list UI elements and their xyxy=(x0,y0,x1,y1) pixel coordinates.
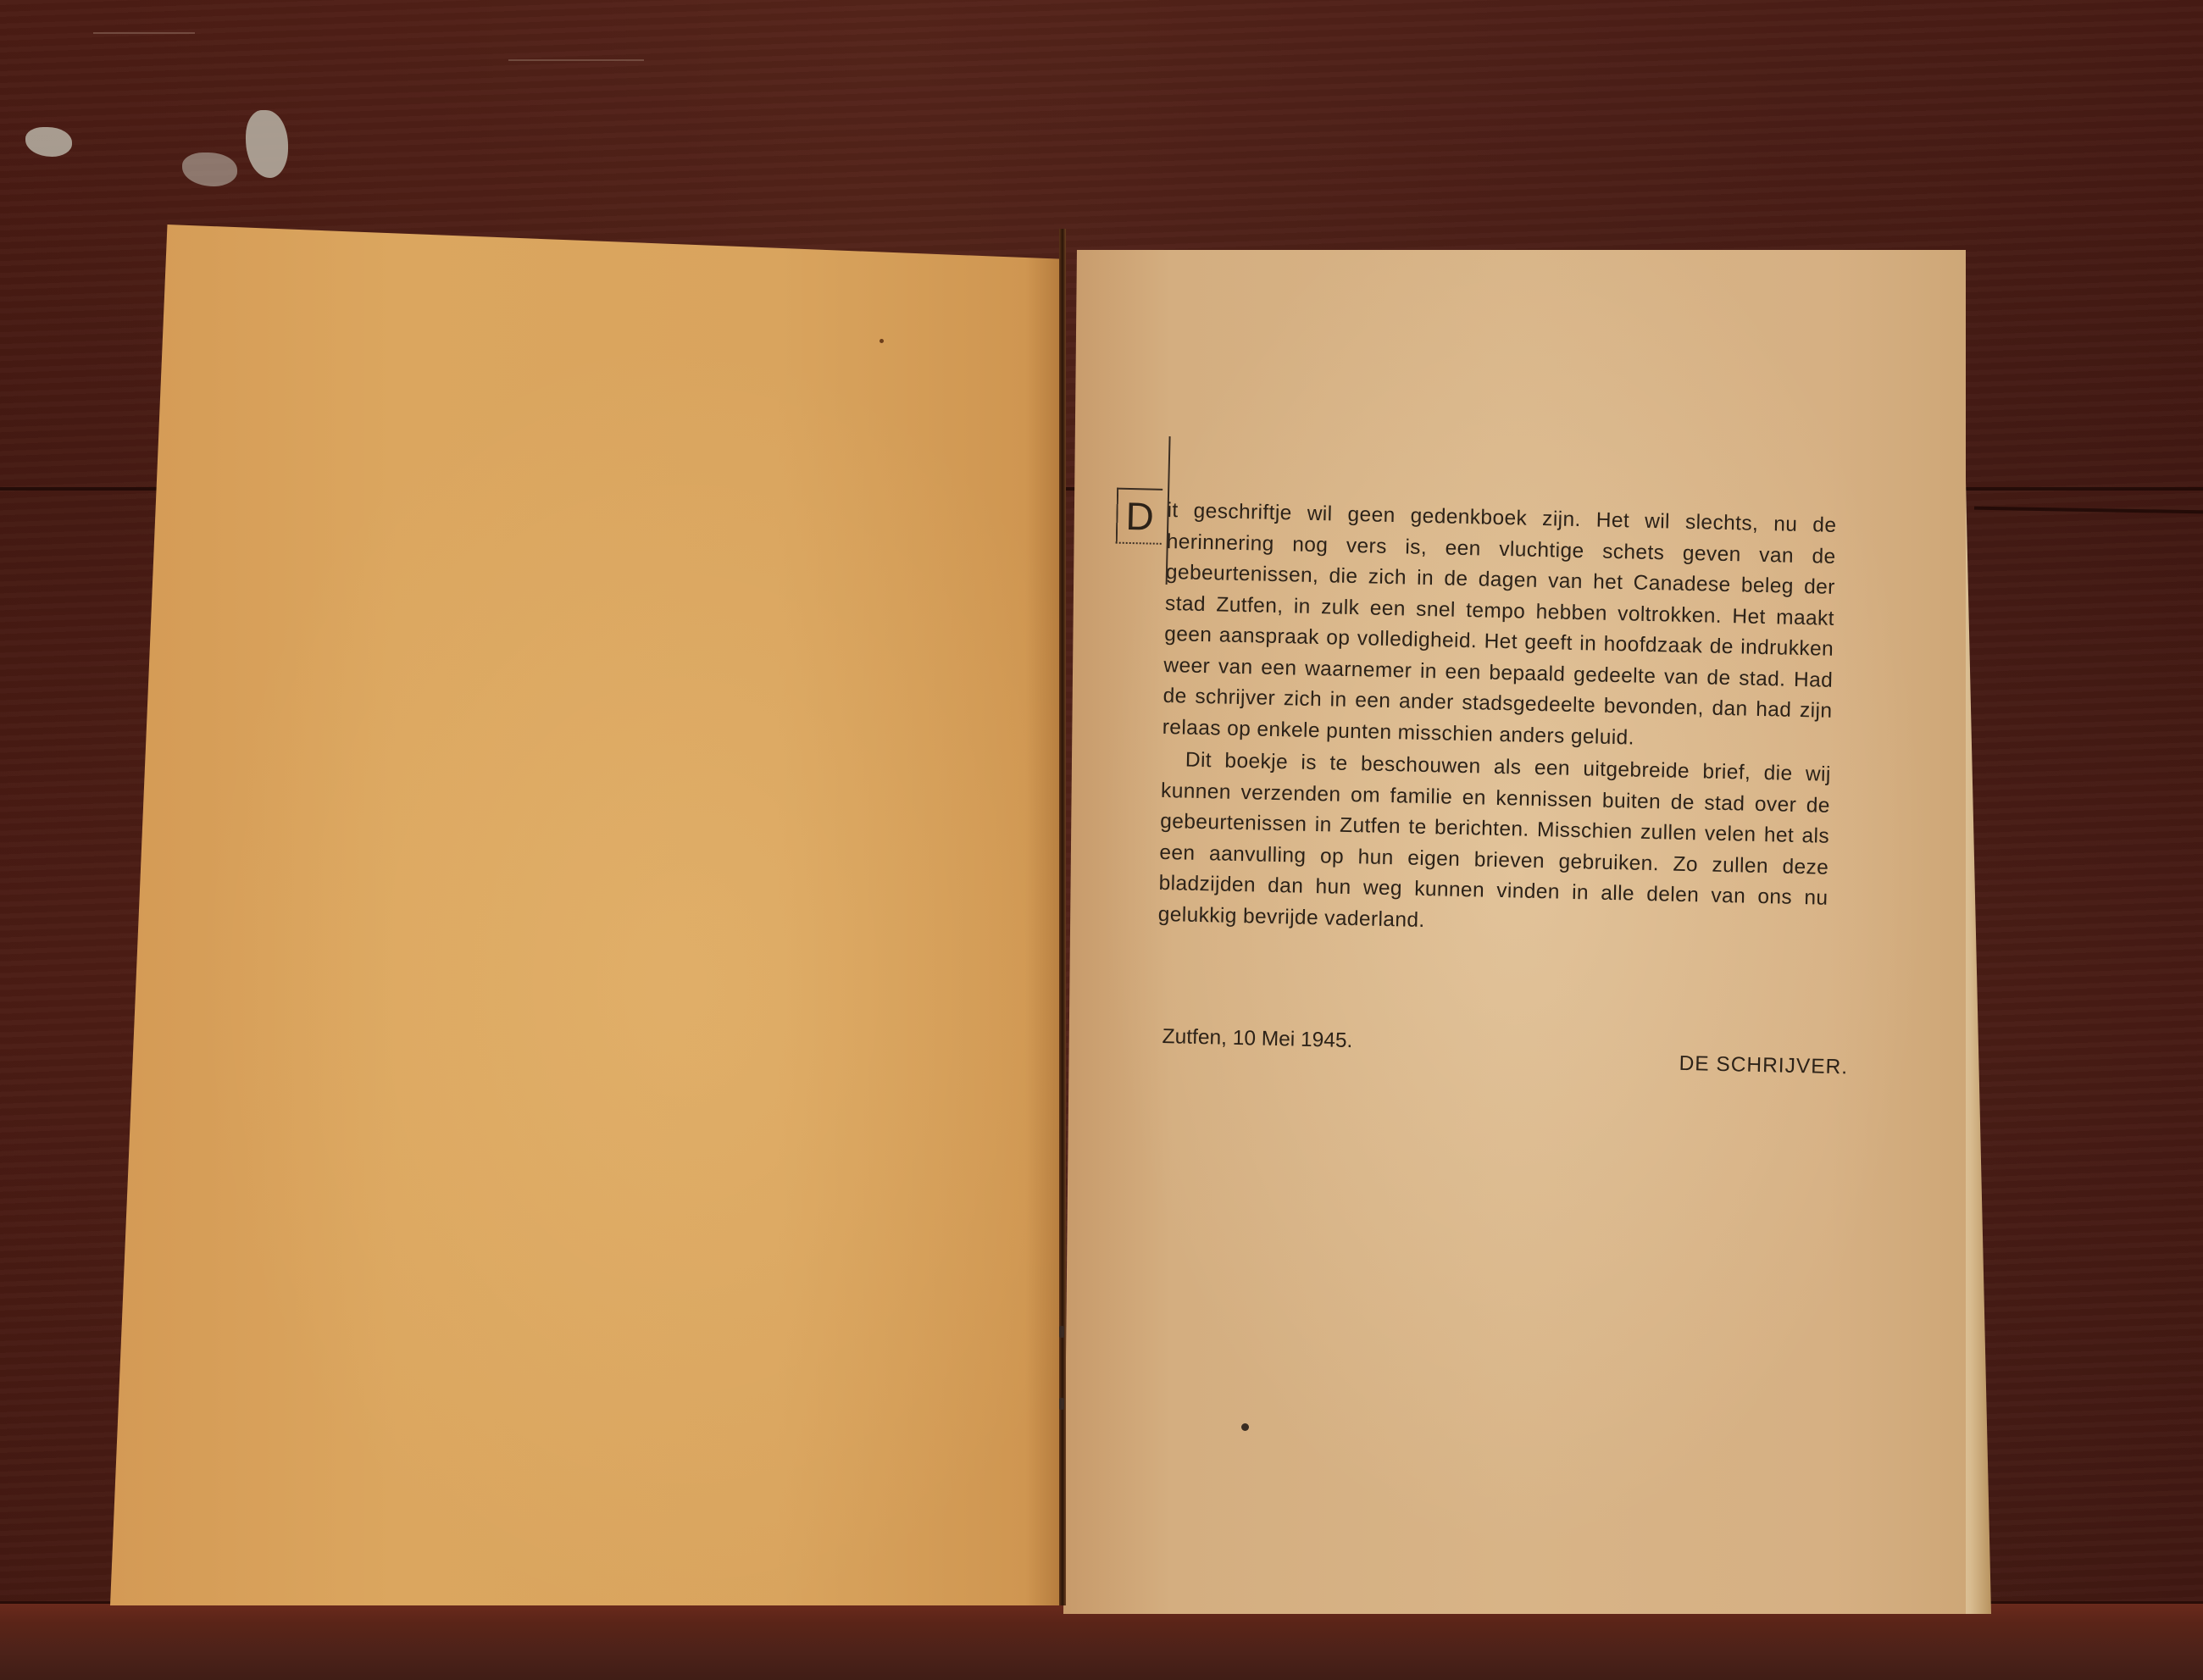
foreword-text: D it geschriftje wil geen gedenkboek zij… xyxy=(1157,496,1836,945)
drop-cap: D xyxy=(1116,488,1163,545)
paper-speck xyxy=(880,339,884,343)
paragraph-2: Dit boekje is te beschouwen als een uitg… xyxy=(1157,745,1831,945)
staple xyxy=(1059,1326,1064,1338)
left-page-blank xyxy=(110,225,1063,1605)
author-signature: DE SCHRIJVER. xyxy=(1679,1052,1848,1080)
paper-speck xyxy=(1241,1423,1249,1431)
place-date: Zutfen, 10 Mei 1945. xyxy=(1162,1025,1352,1053)
wood-scratch xyxy=(508,59,644,61)
paragraph-1: it geschriftje wil geen gedenkboek zijn.… xyxy=(1162,496,1836,758)
staple xyxy=(1059,1398,1064,1410)
wood-scratch xyxy=(93,32,195,34)
